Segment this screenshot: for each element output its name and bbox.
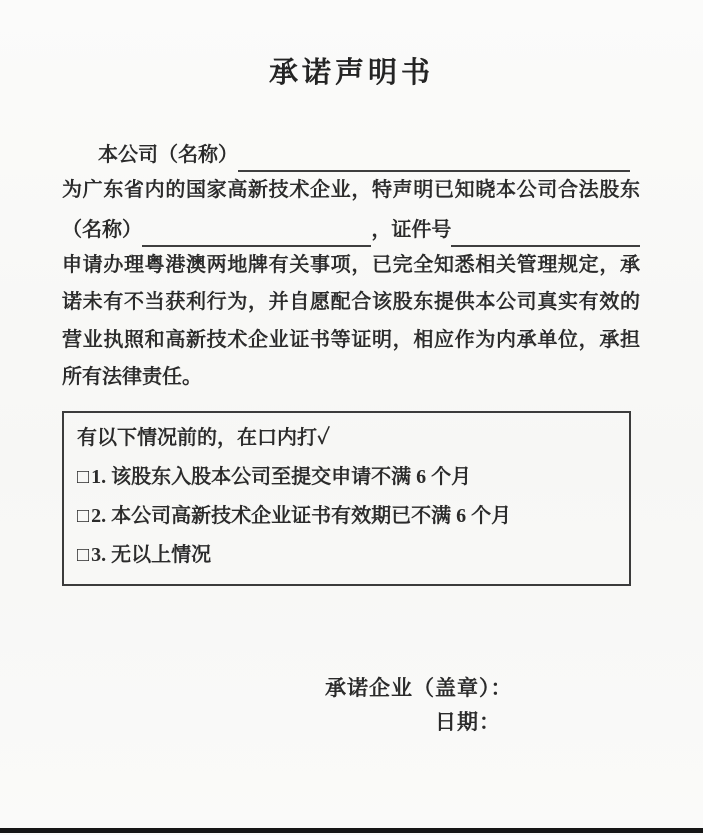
company-name-label: 本公司（名称） [62,138,238,172]
checkbox-item-label: 2. 本公司高新技术企业证书有效期已不满 6 个月 [91,505,511,527]
paragraph-line-4: 申请办理粤港澳两地牌有关事项，已完全知悉相关管理规定，承 [62,247,640,285]
shareholder-name-label: （名称） [62,213,142,247]
checkbox-icon[interactable]: □ [77,536,89,575]
paragraph-line-3: （名称） ，证件号 [62,209,640,247]
checkbox-item-label: 3. 无以上情况 [91,544,211,566]
checkbox-item-2: □2. 本公司高新技术企业证书有效期已不满 6 个月 [77,497,619,536]
company-name-blank[interactable] [238,142,630,172]
paragraph-line-2: 为广东省内的国家高新技术企业，特声明已知晓本公司合法股东 [62,172,640,210]
checkbox-item-1: □1. 该股东入股本公司至提交申请不满 6 个月 [77,458,619,497]
checkbox-instruction: 有以下情况前的，在口内打✓ [77,419,619,458]
id-number-blank[interactable] [451,217,640,247]
document-page: 承诺声明书 本公司（名称） 为广东省内的国家高新技术企业，特声明已知晓本公司合法… [0,0,703,835]
id-number-label: ，证件号 [371,213,451,247]
situation-checkbox-section: 有以下情况前的，在口内打✓ □1. 该股东入股本公司至提交申请不满 6 个月 □… [62,411,631,586]
paragraph-line-7: 所有法律责任。 [62,359,640,397]
checkbox-item-3: □3. 无以上情况 [77,536,619,575]
paragraph-line-1: 本公司（名称） [62,134,640,172]
paragraph-line-6: 营业执照和高新技术企业证书等证明，相应作为内承单位，承担 [62,322,640,360]
signature-date-label: 日期： [435,706,501,736]
shareholder-name-blank[interactable] [142,217,371,247]
paragraph-line-5: 诺未有不当获利行为，并自愿配合该股东提供本公司真实有效的 [62,284,640,322]
document-title: 承诺声明书 [0,50,703,91]
page-bottom-edge [0,828,703,833]
checkbox-icon[interactable]: □ [77,458,89,497]
body-paragraph: 本公司（名称） 为广东省内的国家高新技术企业，特声明已知晓本公司合法股东 （名称… [62,134,640,397]
checkbox-icon[interactable]: □ [77,497,89,536]
signature-company-label: 承诺企业（盖章）： [325,672,513,702]
checkbox-item-label: 1. 该股东入股本公司至提交申请不满 6 个月 [91,466,471,488]
